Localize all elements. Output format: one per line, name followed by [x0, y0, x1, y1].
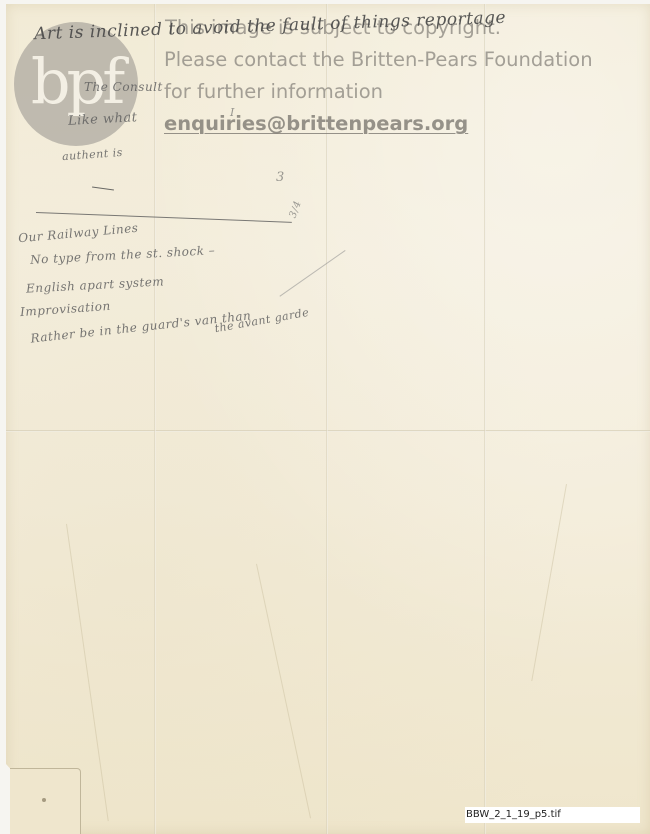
filename-label: BBW_2_1_19_p5.tif [465, 807, 640, 823]
paper-crease [531, 484, 567, 681]
vertical-fold-line [154, 4, 156, 834]
watermark-info-line: for further information [164, 80, 383, 103]
pin-hole [42, 798, 46, 802]
handwritten-mark: I [230, 106, 235, 119]
scan-canvas: bpf This image is subject to copyright. … [0, 0, 650, 834]
watermark-email-link[interactable]: enquiries@brittenpears.org [164, 112, 468, 135]
horizontal-fold-line [6, 430, 650, 432]
vertical-fold-line [484, 4, 486, 834]
handwritten-note: The Consult [84, 80, 163, 94]
watermark-contact-line: Please contact the Britten-Pears Foundat… [164, 48, 593, 71]
paper-crease [256, 564, 311, 819]
handwritten-mark: 3 [276, 170, 285, 185]
